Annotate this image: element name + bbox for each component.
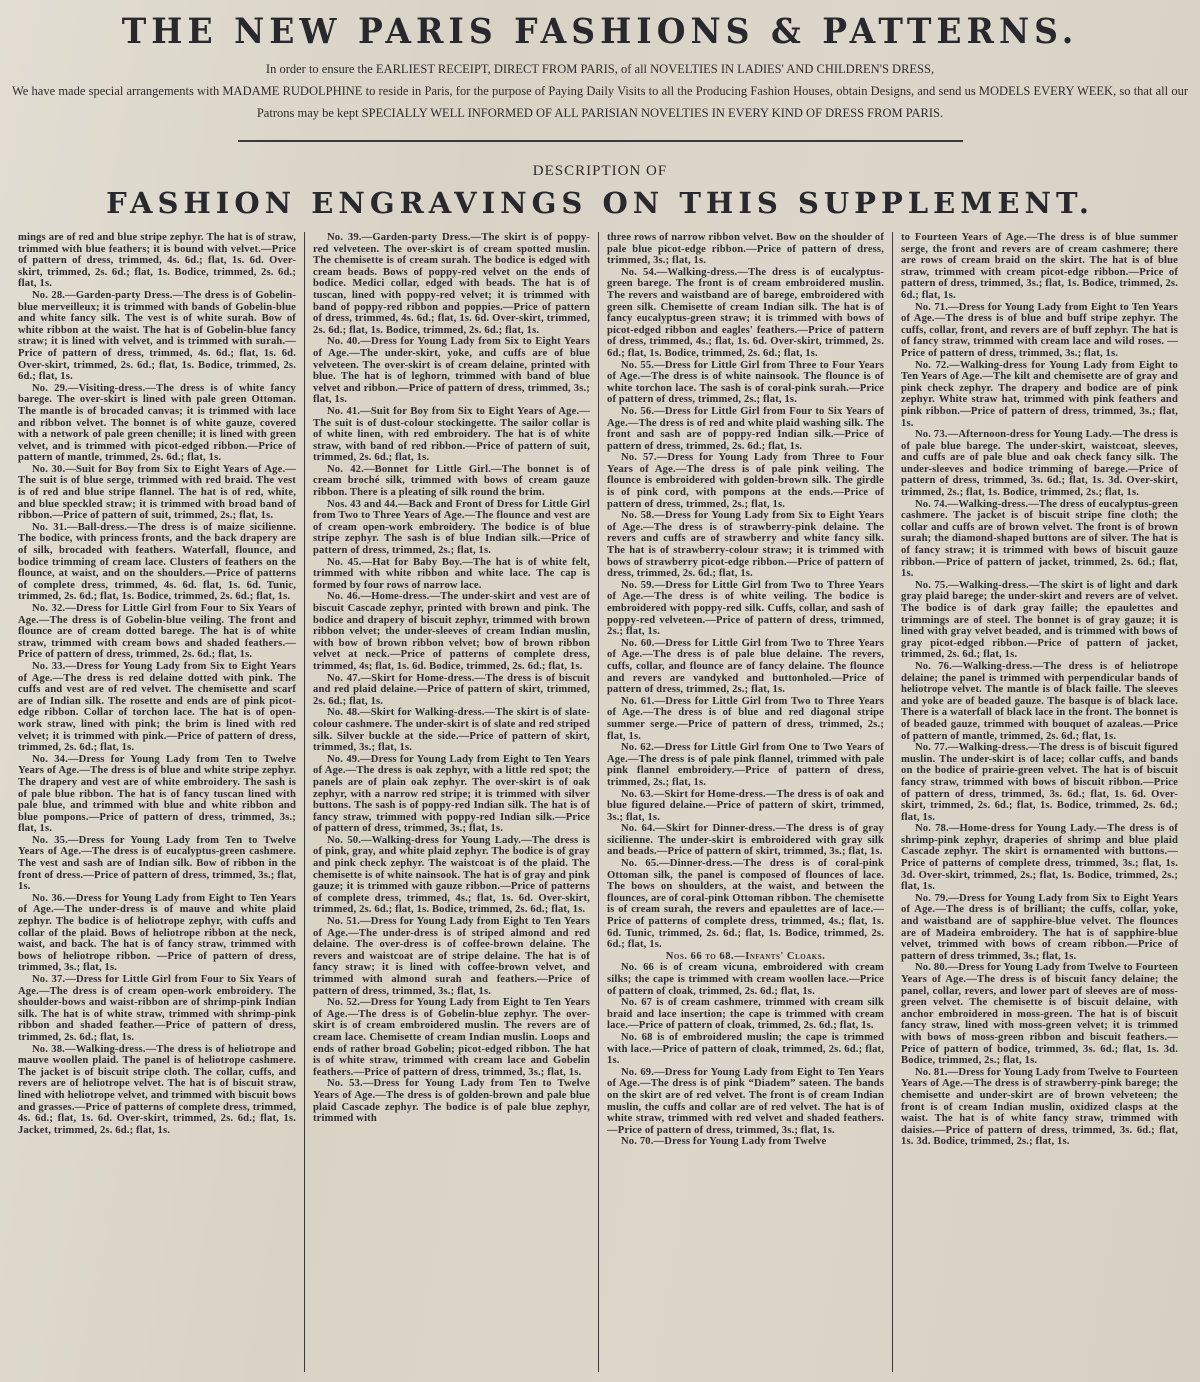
horizontal-rule xyxy=(238,140,963,142)
fashion-entry: mings are of red and blue stripe zephyr.… xyxy=(18,232,296,290)
fashion-entry: No. 32.—Dress for Little Girl from Four … xyxy=(18,603,296,661)
article-columns: mings are of red and blue stripe zephyr.… xyxy=(10,232,1186,1372)
fashion-entry: No. 73.—Afternoon-dress for Young Lady.—… xyxy=(901,429,1178,499)
fashion-entry: three rows of narrow ribbon velvet. Bow … xyxy=(607,232,884,267)
fashion-entry: No. 75.—Walking-dress.—The skirt is of l… xyxy=(901,580,1178,661)
fashion-entry: Nos. 43 and 44.—Back and Front of Dress … xyxy=(313,499,590,557)
column-3: three rows of narrow ribbon velvet. Bow … xyxy=(598,232,892,1372)
fashion-entry: No. 33.—Dress for Young Lady from Six to… xyxy=(18,661,296,754)
fashion-entry: No. 71.—Dress for Young Lady from Eight … xyxy=(901,302,1178,360)
fashion-entry: No. 37.—Dress for Little Girl from Four … xyxy=(18,974,296,1044)
fashion-entry: No. 52.—Dress for Young Lady from Eight … xyxy=(313,997,590,1078)
fashion-entry: No. 54.—Walking-dress.—The dress is of e… xyxy=(607,267,884,360)
column-2: No. 39.—Garden-party Dress.—The skirt is… xyxy=(304,232,598,1372)
fashion-entry: No. 48.—Skirt for Walking-dress.—The ski… xyxy=(313,707,590,753)
fashion-entry: No. 72.—Walking-dress for Young Lady fro… xyxy=(901,360,1178,430)
fashion-entry: No. 62.—Dress for Little Girl from One t… xyxy=(607,742,884,788)
fashion-entry: No. 66 is of cream vicuna, embroidered w… xyxy=(607,962,884,997)
fashion-entry: No. 38.—Walking-dress.—The dress is of h… xyxy=(18,1044,296,1137)
fashion-entry: No. 58.—Dress for Young Lady from Six to… xyxy=(607,510,884,580)
intro-line-2: We have made special arrangements with M… xyxy=(12,80,1188,124)
fashion-entry: No. 56.—Dress for Little Girl from Four … xyxy=(607,406,884,452)
fashion-entry: No. 63.—Skirt for Home-dress.—The dress … xyxy=(607,789,884,824)
fashion-entry: No. 60.—Dress for Little Girl from Two t… xyxy=(607,638,884,696)
fashion-entry: No. 69.—Dress for Young Lady from Eight … xyxy=(607,1067,884,1137)
column-4: to Fourteen Years of Age.—The dress is o… xyxy=(892,232,1186,1372)
fashion-entry: No. 81.—Dress for Young Lady from Twelve… xyxy=(901,1067,1178,1148)
fashion-entry: No. 50.—Walking-dress for Young Lady.—Th… xyxy=(313,835,590,916)
fashion-entry: No. 61.—Dress for Little Girl from Two t… xyxy=(607,696,884,742)
fashion-entry: No. 74.—Walking-dress.—The dress of euca… xyxy=(901,499,1178,580)
fashion-entry: No. 28.—Garden-party Dress.—The dress is… xyxy=(18,290,296,383)
fashion-entry: No. 42.—Bonnet for Little Girl.—The bonn… xyxy=(313,464,590,499)
fashion-entry: No. 57.—Dress for Young Lady from Three … xyxy=(607,452,884,510)
section-title: FASHION ENGRAVINGS ON THIS SUPPLEMENT. xyxy=(0,186,1200,220)
fashion-entry: No. 40.—Dress for Young Lady from Six to… xyxy=(313,336,590,406)
column-1: mings are of red and blue stripe zephyr.… xyxy=(10,232,304,1372)
fashion-entry: No. 41.—Suit for Boy from Six to Eight Y… xyxy=(313,406,590,464)
intro-notice: In order to ensure the EARLIEST RECEIPT,… xyxy=(0,58,1200,124)
fashion-entry: No. 59.—Dress for Little Girl from Two t… xyxy=(607,580,884,638)
fashion-entry: No. 80.—Dress for Young Lady from Twelve… xyxy=(901,962,1178,1066)
fashion-entry: No. 77.—Walking-dress.—The dress is of b… xyxy=(901,742,1178,823)
fashion-entry: No. 36.—Dress for Young Lady from Eight … xyxy=(18,893,296,974)
fashion-entry: No. 51.—Dress for Young Lady from Eight … xyxy=(313,916,590,997)
fashion-entry: No. 30.—Suit for Boy from Six to Eight Y… xyxy=(18,464,296,522)
fashion-entry: No. 76.—Walking-dress.—The dress is of h… xyxy=(901,661,1178,742)
fashion-entry: No. 64.—Skirt for Dinner-dress.—The dres… xyxy=(607,823,884,858)
fashion-entry: No. 67 is of cream cashmere, trimmed wit… xyxy=(607,997,884,1032)
fashion-entry: No. 39.—Garden-party Dress.—The skirt is… xyxy=(313,232,590,336)
fashion-entry: No. 29.—Visiting-dress.—The dress is of … xyxy=(18,383,296,464)
fashion-entry: No. 45.—Hat for Baby Boy.—The hat is of … xyxy=(313,557,590,592)
masthead-title: THE NEW PARIS FASHIONS & PATTERNS. xyxy=(0,0,1200,51)
fashion-entry: No. 46.—Home-dress.—The under-skirt and … xyxy=(313,591,590,672)
fashion-entry: to Fourteen Years of Age.—The dress is o… xyxy=(901,232,1178,302)
fashion-entry: No. 35.—Dress for Young Lady from Ten to… xyxy=(18,835,296,893)
fashion-entry: No. 49.—Dress for Young Lady from Eight … xyxy=(313,754,590,835)
section-heading: Nos. 66 to 68.—Infants' Cloaks. xyxy=(607,951,884,963)
fashion-entry: No. 68 is of embroidered muslin; the cap… xyxy=(607,1032,884,1067)
fashion-entry: No. 34.—Dress for Young Lady from Ten to… xyxy=(18,754,296,835)
fashion-entry: No. 70.—Dress for Young Lady from Twelve xyxy=(607,1136,884,1148)
page: THE NEW PARIS FASHIONS & PATTERNS. In or… xyxy=(0,0,1200,220)
fashion-entry: No. 55.—Dress for Little Girl from Three… xyxy=(607,360,884,406)
intro-line-1: In order to ensure the EARLIEST RECEIPT,… xyxy=(12,58,1188,80)
fashion-entry: No. 65.—Dinner-dress.—The dress is of co… xyxy=(607,858,884,951)
fashion-entry: No. 78.—Home-dress for Young Lady.—The d… xyxy=(901,823,1178,893)
section-pretitle: DESCRIPTION OF xyxy=(0,162,1200,180)
fashion-entry: No. 79.—Dress for Young Lady from Six to… xyxy=(901,893,1178,963)
fashion-entry: No. 53.—Dress for Young Lady from Ten to… xyxy=(313,1078,590,1124)
fashion-entry: No. 47.—Skirt for Home-dress.—The dress … xyxy=(313,673,590,708)
fashion-entry: No. 31.—Ball-dress.—The dress is of maiz… xyxy=(18,522,296,603)
